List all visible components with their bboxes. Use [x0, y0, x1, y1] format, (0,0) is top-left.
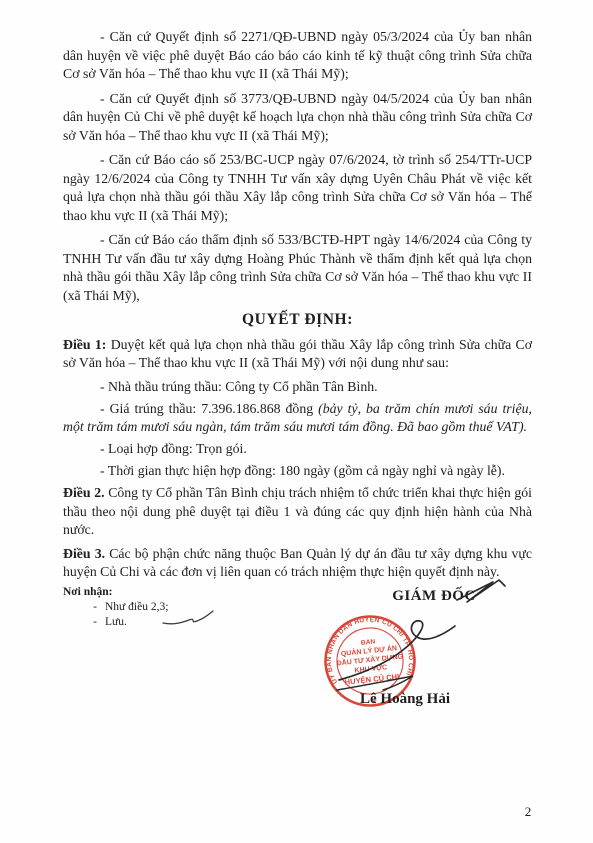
recipients-label: Nơi nhận:	[63, 586, 168, 598]
article-1-item-duration: - Thời gian thực hiện hợp đồng: 180 ngày…	[63, 462, 532, 481]
article-3-label: Điều 3.	[63, 546, 105, 561]
consideration-paragraph: - Căn cứ Quyết định số 3773/QĐ-UBND ngày…	[63, 90, 532, 146]
recipient-text: Lưu.	[105, 616, 127, 628]
document-page: - Căn cứ Quyết định số 2271/QĐ-UBND ngày…	[0, 0, 593, 843]
document-body: - Căn cứ Quyết định số 2271/QĐ-UBND ngày…	[63, 28, 532, 587]
article-1-item-contractor: - Nhà thầu trúng thầu: Công ty Cổ phần T…	[63, 378, 532, 397]
recipients-block: Nơi nhận: - Như điều 2,3; - Lưu.	[63, 586, 168, 628]
decision-heading: QUYẾT ĐỊNH:	[63, 311, 532, 330]
consideration-paragraph: - Căn cứ Báo cáo số 253/BC-UCP ngày 07/6…	[63, 151, 532, 225]
article-1-item-price: - Giá trúng thầu: 7.396.186.868 đồng (bả…	[63, 400, 532, 437]
article-1-item-contract-type: - Loại hợp đồng: Trọn gói.	[63, 440, 532, 459]
recipient-item: - Như điều 2,3;	[63, 601, 168, 613]
article-2-body: Công ty Cổ phần Tân Bình chịu trách nhiệ…	[63, 485, 532, 537]
signature-block: Nơi nhận: - Như điều 2,3; - Lưu. GIÁM ĐỐ…	[63, 580, 532, 840]
article-1-body: Duyệt kết quả lựa chọn nhà thầu gói thầu…	[63, 337, 532, 371]
item-text: - Giá trúng thầu: 7.396.186.868 đồng	[100, 401, 318, 416]
paraph-ink-icon	[453, 574, 515, 606]
item-text: - Thời gian thực hiện hợp đồng: 180 ngày…	[100, 463, 505, 478]
item-text: - Loại hợp đồng: Trọn gói.	[100, 441, 247, 456]
handwritten-squiggle-icon	[159, 608, 217, 628]
dash-bullet: -	[85, 601, 105, 613]
dash-bullet: -	[85, 616, 105, 628]
article-1-label: Điều 1:	[63, 337, 106, 352]
article-2-label: Điều 2.	[63, 485, 105, 500]
article-1: Điều 1: Duyệt kết quả lựa chọn nhà thầu …	[63, 336, 532, 373]
consideration-paragraph: - Căn cứ Báo cáo thẩm định số 533/BCTĐ-H…	[63, 231, 532, 305]
consideration-paragraph: - Căn cứ Quyết định số 2271/QĐ-UBND ngày…	[63, 28, 532, 84]
signature-ink-icon	[333, 614, 461, 702]
signer-name: Lê Hoàng Hải	[340, 691, 470, 708]
page-number: 2	[516, 804, 540, 820]
article-2: Điều 2. Công ty Cổ phần Tân Bình chịu tr…	[63, 484, 532, 540]
item-text: - Nhà thầu trúng thầu: Công ty Cổ phần T…	[100, 379, 378, 394]
recipient-item: - Lưu.	[63, 616, 168, 628]
